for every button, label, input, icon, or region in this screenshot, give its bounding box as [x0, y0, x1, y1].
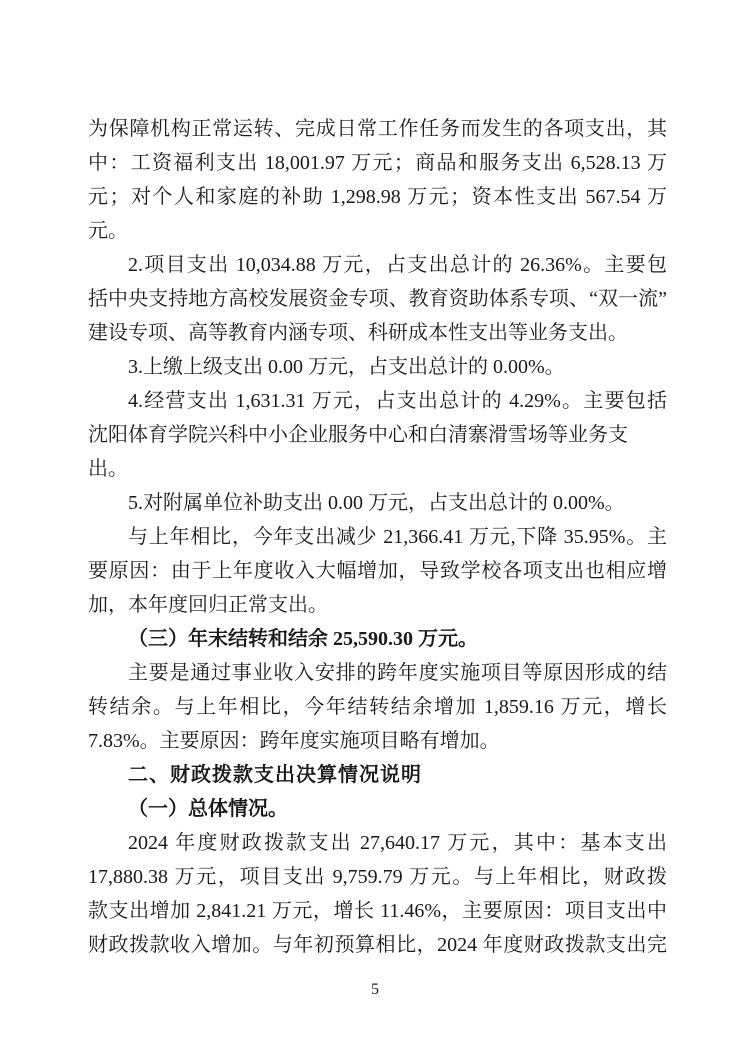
text-line: 2.项目支出 10,034.88 万元，占支出总计的 26.36%。主要包	[88, 248, 667, 282]
text-line: 转结余。与上年相比，今年结转结余增加 1,859.16 万元，增长	[88, 690, 667, 724]
text-line: 要原因：由于上年度收入大幅增加，导致学校各项支出也相应增	[88, 554, 667, 588]
text-line: 7.83%。主要原因：跨年度实施项目略有增加。	[88, 724, 667, 758]
text-line: 2024 年度财政拨款支出 27,640.17 万元，其中：基本支出	[88, 826, 667, 860]
text-line: 中：工资福利支出 18,001.97 万元；商品和服务支出 6,528.13 万	[88, 146, 667, 180]
page-number: 5	[0, 978, 750, 1002]
document-page: 为保障机构正常运转、完成日常工作任务而发生的各项支出，其 中：工资福利支出 18…	[0, 0, 750, 1061]
text-line: 元；对个人和家庭的补助 1,298.98 万元；资本性支出 567.54 万	[88, 180, 667, 214]
text-line: 元。	[88, 214, 667, 248]
text-line: 沈阳体育学院兴科中小企业服务中心和白清寨滑雪场等业务支出。	[88, 418, 667, 486]
text-line: 与上年相比，今年支出减少 21,366.41 万元,下降 35.95%。主	[88, 520, 667, 554]
text-line: 财政拨款收入增加。与年初预算相比，2024 年度财政拨款支出完	[88, 928, 667, 962]
text-line: 为保障机构正常运转、完成日常工作任务而发生的各项支出，其	[88, 112, 667, 146]
text-line: 5.对附属单位补助支出 0.00 万元，占支出总计的 0.00%。	[88, 486, 667, 520]
heading-chapter-ii-fiscal-appropriation: 二、财政拨款支出决算情况说明	[88, 758, 667, 792]
heading-subsection-i-overall-situation: （一）总体情况。	[88, 792, 667, 826]
text-line: 3.上缴上级支出 0.00 万元，占支出总计的 0.00%。	[88, 350, 667, 384]
text-line: 加，本年度回归正常支出。	[88, 588, 667, 622]
text-line: 款支出增加 2,841.21 万元，增长 11.46%，主要原因：项目支出中	[88, 894, 667, 928]
text-line: 4.经营支出 1,631.31 万元，占支出总计的 4.29%。主要包括	[88, 384, 667, 418]
text-line: 17,880.38 万元，项目支出 9,759.79 万元。与上年相比，财政拨	[88, 860, 667, 894]
heading-section-iii-year-end-carryover: （三）年末结转和结余 25,590.30 万元。	[88, 622, 667, 656]
text-line: 建设专项、高等教育内涵专项、科研成本性支出等业务支出。	[88, 316, 667, 350]
text-line: 主要是通过事业收入安排的跨年度实施项目等原因形成的结	[88, 656, 667, 690]
document-body: 为保障机构正常运转、完成日常工作任务而发生的各项支出，其 中：工资福利支出 18…	[88, 112, 667, 962]
text-line: 括中央支持地方高校发展资金专项、教育资助体系专项、“双一流”	[88, 282, 667, 316]
